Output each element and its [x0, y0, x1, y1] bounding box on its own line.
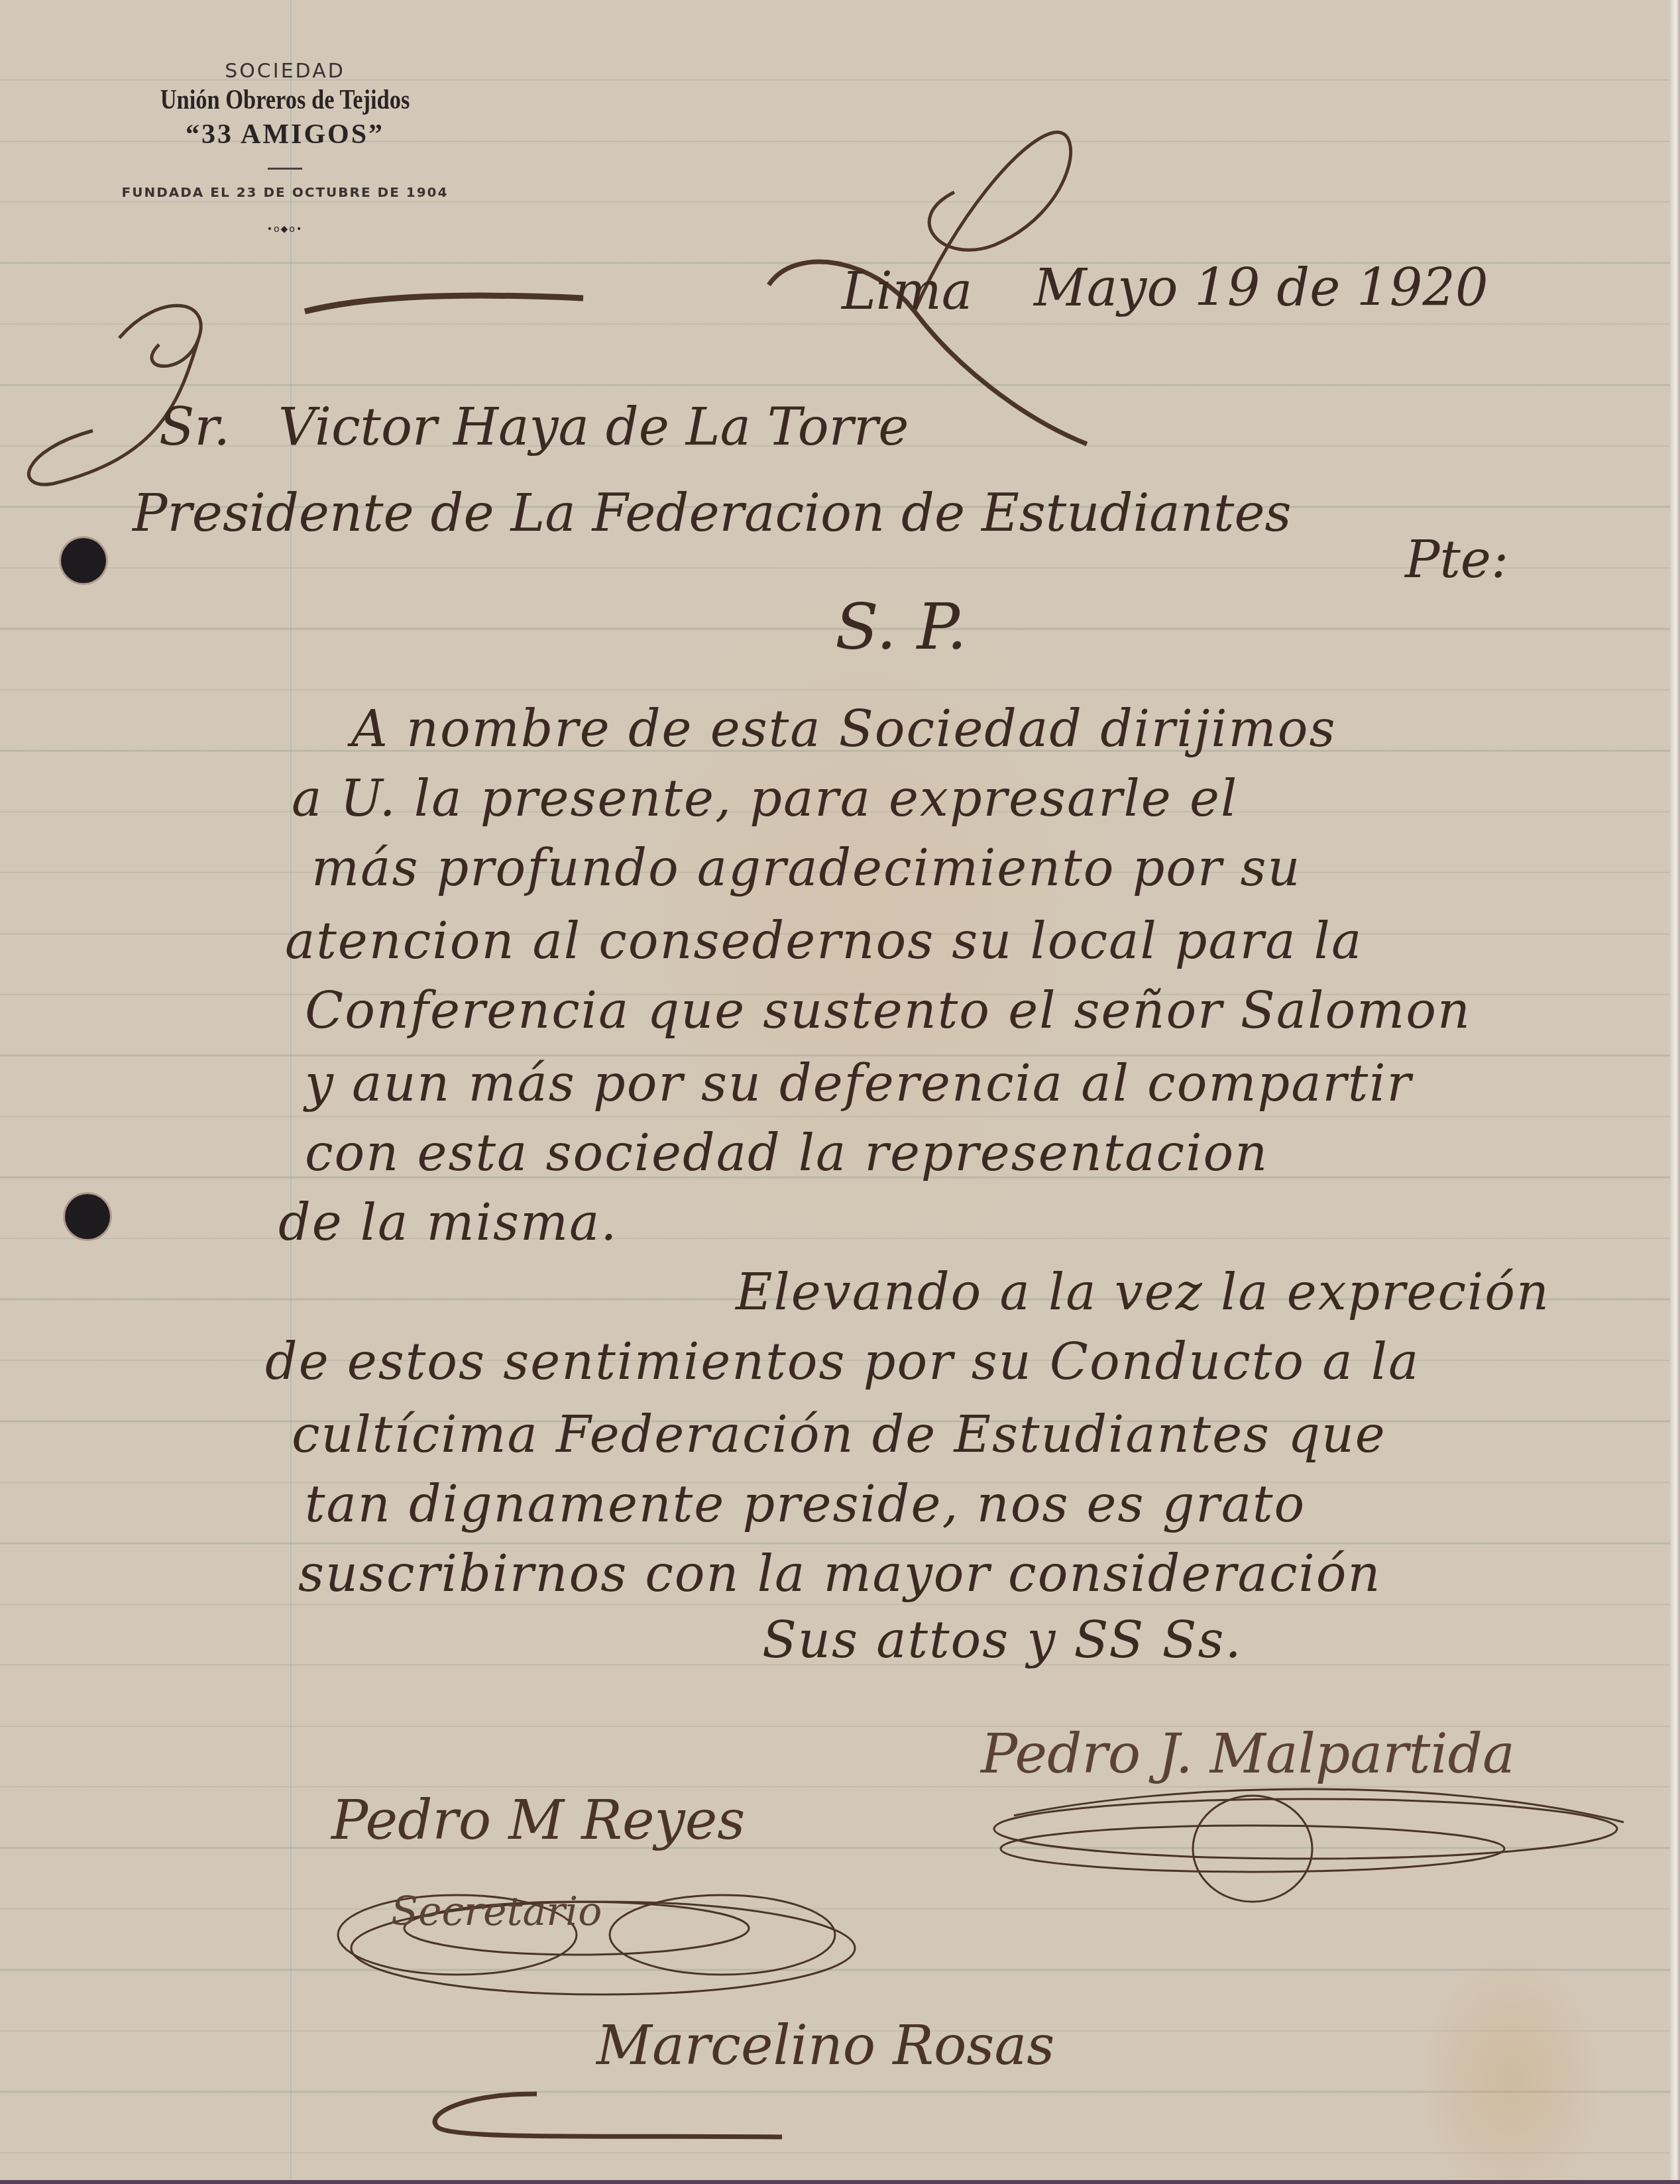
signature-name: Marcelino Rosas	[596, 2014, 1054, 2077]
letterhead-divider	[268, 168, 302, 170]
body-line: con esta sociedad la representacion	[305, 1123, 1268, 1182]
punch-hole-icon	[61, 538, 106, 583]
body-line: de la misma.	[278, 1193, 618, 1252]
body-line: atencion al consedernos su local para la	[285, 911, 1363, 970]
letterhead-sociedad: SOCIEDAD	[99, 60, 471, 83]
letterhead-founded-date: FUNDADA EL 23 DE OCTUBRE DE 1904	[99, 184, 471, 200]
letterhead: SOCIEDAD Unión Obreros de Tejidos “33 AM…	[99, 60, 471, 235]
addressee-title: Presidente de La Federacion de Estudiant…	[133, 484, 1292, 543]
addressee-name: Victor Haya de La Torre	[278, 398, 909, 457]
body-line: A nombre de esta Sociedad dirijimos	[351, 699, 1336, 758]
body-line: a U. la presente, para expresarle el	[292, 769, 1238, 828]
addressee-initials: S. P.	[835, 590, 967, 664]
date-text: Mayo 19 de 1920	[1034, 258, 1488, 318]
closing-line: Sus attos y SS Ss.	[762, 1610, 1243, 1669]
body-line: más profundo agradecimiento por su	[311, 838, 1302, 897]
body-line: y aun más por su deferencia al compartir	[305, 1054, 1412, 1113]
addressee-location: Pte:	[1405, 530, 1508, 590]
salutation-flourish-icon	[13, 272, 610, 497]
letterhead-organization-name: Unión Obreros de Tejidos	[133, 84, 437, 116]
signature-flourish-icon	[974, 1776, 1650, 1908]
body-line: cultícima Federación de Estudiantes que	[292, 1405, 1386, 1464]
addressee-salutation: Sr.	[159, 398, 230, 457]
body-line: suscribirnos con la mayor consideración	[298, 1544, 1381, 1603]
body-line: Elevando a la vez la expreción	[736, 1262, 1550, 1321]
date-place: Lima	[842, 262, 972, 321]
signature-underline-icon	[424, 2087, 795, 2147]
body-line: tan dignamente preside, nos es grato	[305, 1474, 1306, 1533]
body-line: Conferencia que sustento el señor Salomo…	[305, 981, 1471, 1040]
body-line: de estos sentimientos por su Conducto a …	[265, 1332, 1420, 1391]
letterhead-amigos: “33 AMIGOS”	[99, 119, 471, 150]
signature-name: Pedro M Reyes	[331, 1789, 745, 1852]
punch-hole-icon	[65, 1194, 110, 1239]
signature-title: Secretario	[391, 1888, 602, 1935]
paper-right-edge	[1670, 0, 1680, 2184]
letterhead-ornament-icon: •o◆o•	[99, 224, 471, 235]
paper-bottom-edge	[0, 2180, 1680, 2184]
